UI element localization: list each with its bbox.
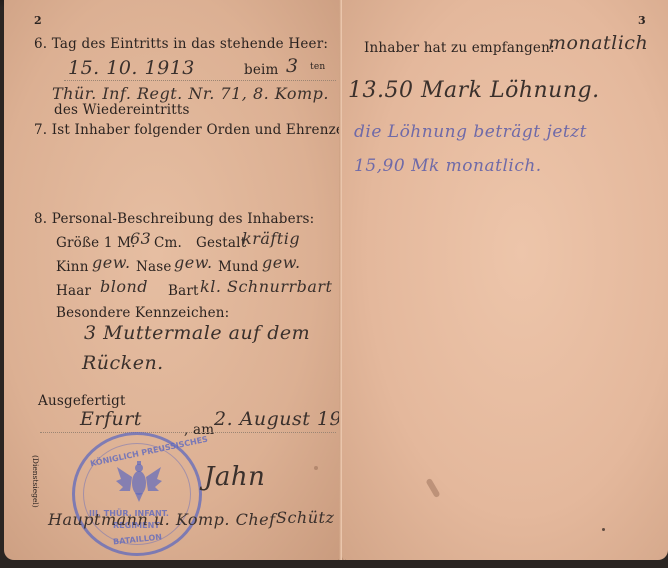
gestalt-label: Gestalt [196, 235, 246, 251]
dienstsiegel-label: (Dienstsiegel) [31, 455, 40, 508]
wiedereintritt-label: des Wiedereintritts [54, 102, 190, 118]
receives-label: Inhaber hat zu empfangen: [364, 40, 555, 56]
signature-bottom-left: Hauptmann u. Komp. Chef [48, 510, 276, 529]
receives-value: monatlich [548, 32, 648, 54]
groesse-value: 63 [130, 229, 151, 248]
pencil-note-line1: die Löhnung beträgt jetzt [354, 122, 587, 142]
amount-line: 13.50 Mark Löhnung. [348, 78, 600, 103]
dotted-line [64, 80, 336, 81]
entry-date: 15. 10. 1913 [68, 57, 195, 79]
pencil-note-line2: 15,90 Mk monatlich. [354, 156, 542, 176]
bart-value: kl. Schnurrbart [200, 277, 332, 296]
ink-speck [602, 528, 605, 531]
open-pay-book: 2 6. Tag des Eintritts in das stehende H… [0, 0, 668, 568]
section8-label: 8. Personal-Beschreibung des Inhabers: [34, 211, 314, 227]
haar-label: Haar [56, 283, 91, 299]
issue-place: Erfurt [80, 408, 142, 430]
beim-label: beim [244, 62, 279, 78]
kennzeichen-label: Besondere Kennzeichen: [56, 305, 229, 321]
official-stamp: KÖNIGLICH PREUSSISCHES III. THÜR. INFANT… [72, 432, 202, 556]
page-number-right: 3 [638, 14, 646, 27]
mund-label: Mund [218, 259, 259, 275]
groesse-label: Größe 1 M. [56, 235, 136, 251]
left-page: 2 6. Tag des Eintritts in das stehende H… [4, 0, 342, 560]
nase-value: gew. [174, 253, 213, 272]
kinn-label: Kinn [56, 259, 89, 275]
bart-label: Bart [168, 283, 199, 299]
prussian-eagle-icon [115, 459, 163, 503]
kennzeichen-line2: Rücken. [82, 352, 164, 374]
signature-bottom-right: Schütz [276, 508, 334, 527]
mund-value: gew. [262, 253, 301, 272]
cm-label: Cm. [154, 235, 182, 251]
section7-label: 7. Ist Inhaber folgender Orden und Ehren… [34, 122, 387, 138]
gestalt-value: kräftig [242, 229, 300, 248]
haar-value: blond [100, 277, 148, 296]
unit-number: 3 [286, 55, 299, 77]
stain-mark [425, 478, 440, 498]
kennzeichen-line1: 3 Muttermale auf dem [84, 322, 310, 344]
section6-label: 6. Tag des Eintritts in das stehende Hee… [34, 36, 328, 52]
signature-top: Jahn [204, 462, 265, 492]
unit-name: Thür. Inf. Regt. Nr. 71, 8. Komp. [52, 84, 329, 103]
page-number-left: 2 [34, 14, 42, 27]
right-page: 3 Inhaber hat zu empfangen: monatlich 13… [342, 0, 668, 560]
nase-label: Nase [136, 259, 172, 275]
ink-spot [314, 466, 318, 470]
dotted-line [40, 432, 336, 433]
kinn-value: gew. [92, 253, 131, 272]
ten-suffix: ten [310, 62, 325, 72]
ausgefertigt-label: Ausgefertigt [38, 393, 126, 409]
